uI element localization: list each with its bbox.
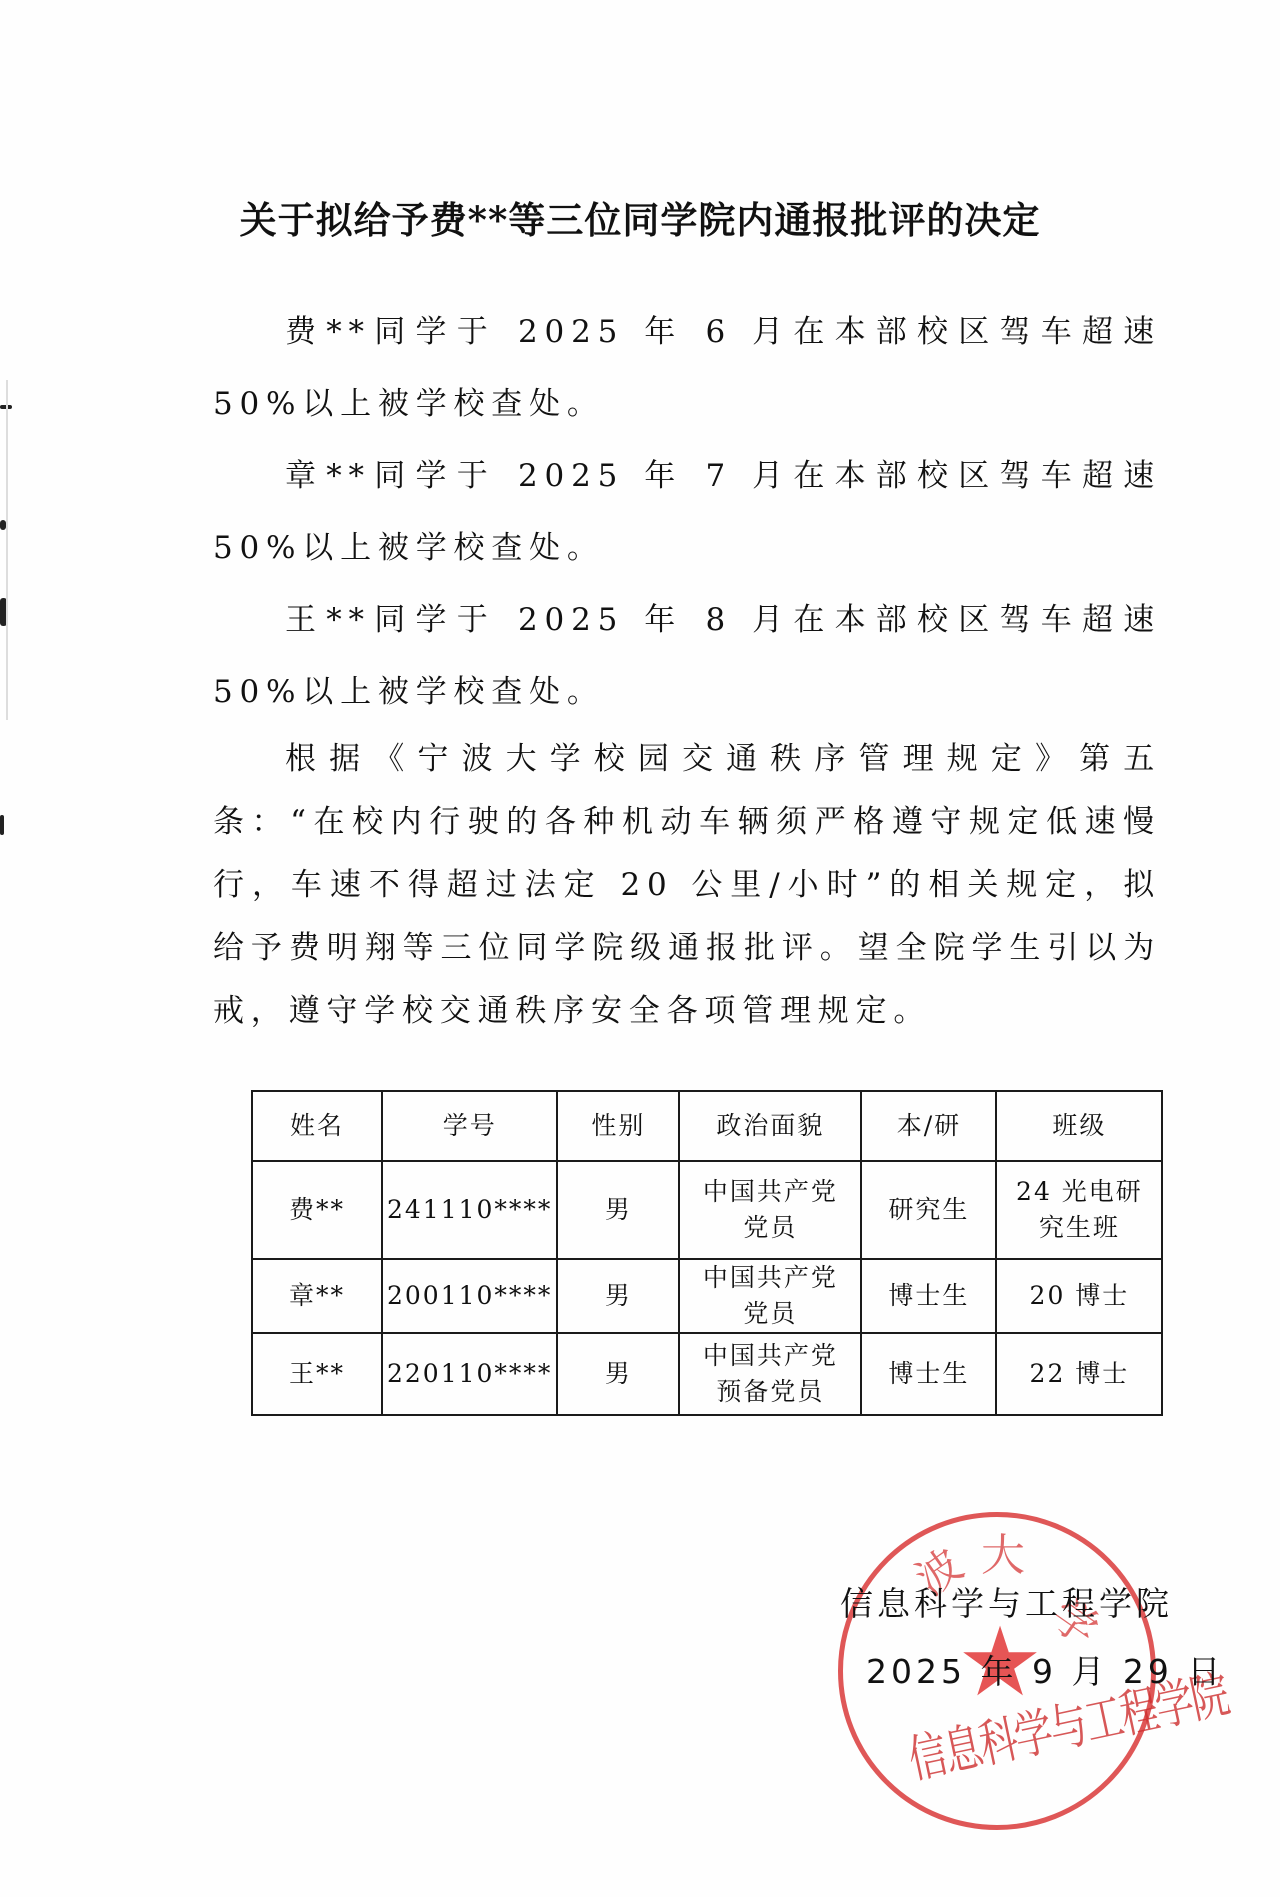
students-table: 姓名 学号 性别 政治面貌 本/研 班级 费** 241110**** 男 中国… [251, 1090, 1163, 1416]
table-row: 章** 200110**** 男 中国共产党党员 博士生 20 博士 [252, 1259, 1162, 1333]
header-political-status: 政治面貌 [679, 1091, 861, 1161]
scan-mark [0, 815, 4, 835]
table-row: 费** 241110**** 男 中国共产党党员 研究生 24 光电研究生班 [252, 1161, 1162, 1259]
table-row: 王** 220110**** 男 中国共产党预备党员 博士生 22 博士 [252, 1333, 1162, 1415]
header-level: 本/研 [861, 1091, 996, 1161]
political-status-line-2: 党员 [684, 1210, 856, 1246]
cell-gender: 男 [557, 1333, 679, 1415]
cell-level: 研究生 [861, 1161, 996, 1259]
cell-gender: 男 [557, 1259, 679, 1333]
class-line-1: 24 光电研 [1001, 1174, 1157, 1210]
cell-political-status: 中国共产党预备党员 [679, 1333, 861, 1415]
issue-date: 2025 年 9 月 29 日 [866, 1646, 1224, 1693]
political-status-line-1: 中国共产党 [684, 1260, 856, 1296]
cell-class: 24 光电研究生班 [996, 1161, 1162, 1259]
cell-political-status: 中国共产党党员 [679, 1161, 861, 1259]
cell-gender: 男 [557, 1161, 679, 1259]
cell-class: 22 博士 [996, 1333, 1162, 1415]
cell-student-id: 220110**** [382, 1333, 557, 1415]
cell-name: 费** [252, 1161, 382, 1259]
political-status-line-2: 党员 [684, 1296, 856, 1332]
cell-student-id: 200110**** [382, 1259, 557, 1333]
class-line-2: 究生班 [1001, 1210, 1157, 1246]
cell-level: 博士生 [861, 1259, 996, 1333]
paragraph-2: 章**同学于 2025 年 7 月在本部校区驾车超速 50%以上被学校查处。 [213, 440, 1161, 584]
header-gender: 性别 [557, 1091, 679, 1161]
cell-class: 20 博士 [996, 1259, 1162, 1333]
paragraph-1: 费**同学于 2025 年 6 月在本部校区驾车超速 50%以上被学校查处。 [213, 296, 1161, 440]
header-class: 班级 [996, 1091, 1162, 1161]
political-status-line-2: 预备党员 [684, 1374, 856, 1410]
issuer-name: 信息科学与工程学院 [840, 1578, 1173, 1625]
header-student-id: 学号 [382, 1091, 557, 1161]
document-title: 关于拟给予费**等三位同学院内通报批评的决定 [0, 190, 1280, 244]
cell-name: 章** [252, 1259, 382, 1333]
paragraph-4: 根据《宁波大学校园交通秩序管理规定》第五条：“在校内行驶的各种机动车辆须严格遵守… [213, 728, 1161, 1043]
scan-shadow-line [6, 380, 8, 720]
political-status-line-1: 中国共产党 [684, 1338, 856, 1374]
header-name: 姓名 [252, 1091, 382, 1161]
paragraph-3: 王**同学于 2025 年 8 月在本部校区驾车超速 50%以上被学校查处。 [213, 584, 1161, 728]
table-header-row: 姓名 学号 性别 政治面貌 本/研 班级 [252, 1091, 1162, 1161]
political-status-line-1: 中国共产党 [684, 1174, 856, 1210]
cell-political-status: 中国共产党党员 [679, 1259, 861, 1333]
cell-student-id: 241110**** [382, 1161, 557, 1259]
cell-level: 博士生 [861, 1333, 996, 1415]
seal-arc-char: 大 [981, 1519, 1025, 1583]
cell-name: 王** [252, 1333, 382, 1415]
